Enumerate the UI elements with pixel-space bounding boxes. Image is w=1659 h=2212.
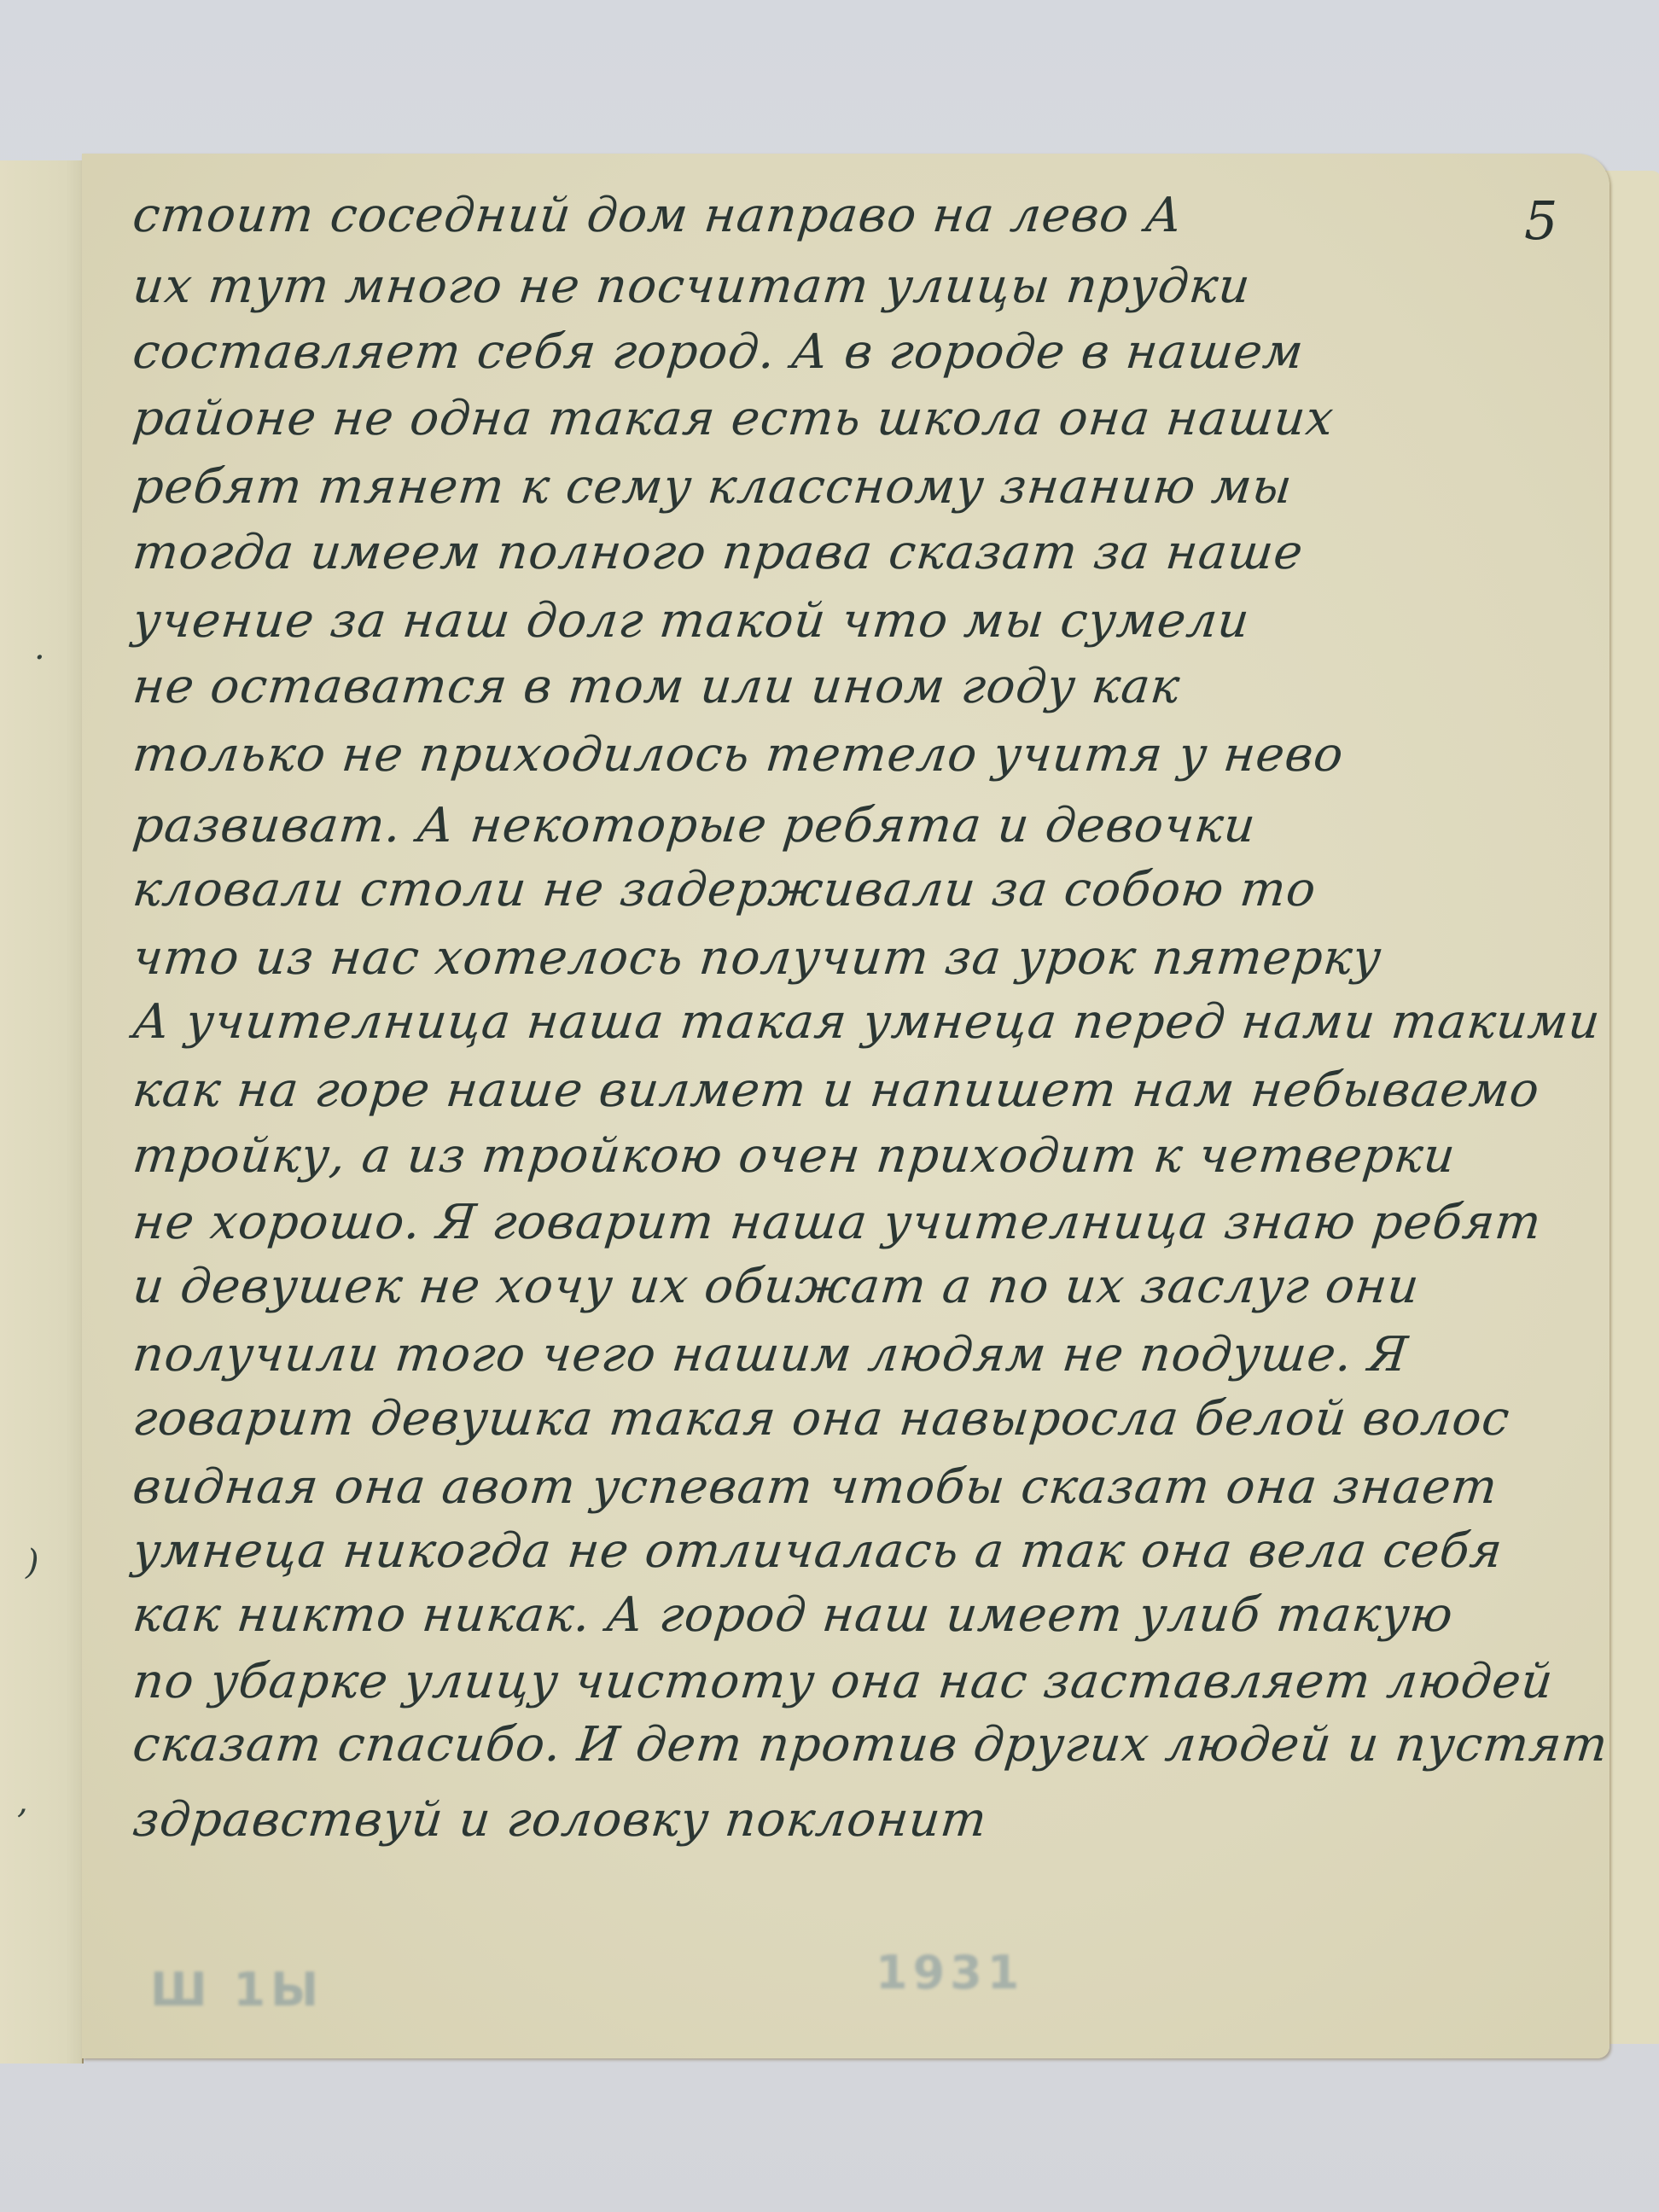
text-line: только не приходилось тетело учитя у нев… bbox=[131, 727, 1347, 783]
text-line: говарит девушка такая она навыросла бело… bbox=[131, 1391, 1513, 1447]
text-line: не хорошо. Я говарит наша учителница зна… bbox=[131, 1195, 1545, 1250]
text-line: сказат спасибо. И дет против других люде… bbox=[131, 1717, 1611, 1773]
ink-mark: , bbox=[17, 1782, 28, 1821]
text-line: как на горе наше вилмет и напишет нам не… bbox=[131, 1062, 1543, 1118]
text-line: что из нас хотелось получит за урок пяте… bbox=[131, 930, 1385, 986]
text-line: тройку, а из тройкою очен приходит к чет… bbox=[131, 1128, 1458, 1184]
text-line: А учителница наша такая умнеца перед нам… bbox=[131, 994, 1604, 1050]
text-line: районе не одна такая есть школа она наши… bbox=[131, 391, 1337, 446]
faded-stamp: Ш 1Ы bbox=[150, 1963, 323, 2017]
text-line: как никто никак. А город наш имеет улиб … bbox=[131, 1587, 1457, 1643]
previous-page-strip: · ) , bbox=[0, 160, 84, 2064]
text-line: по убарке улицу чистоту она нас заставля… bbox=[131, 1654, 1557, 1709]
ink-mark: ) bbox=[26, 1543, 39, 1582]
text-line: и девушек не хочу их обижат а по их засл… bbox=[131, 1259, 1423, 1314]
text-line: их тут много не посчитат улицы прудки bbox=[131, 259, 1254, 314]
faded-stamp: 1931 bbox=[876, 1946, 1024, 2000]
page-number: 5 bbox=[1524, 189, 1557, 252]
text-line: развиват. А некоторые ребята и девочки bbox=[131, 798, 1259, 853]
text-line: кловали столи не задерживали за собою то bbox=[131, 862, 1319, 917]
notebook-page: 5 стоит соседний дом направо на лево А и… bbox=[82, 154, 1610, 2058]
text-line: ребят тянет к сему классному знанию мы bbox=[131, 459, 1295, 515]
text-line: стоит соседний дом направо на лево А bbox=[131, 188, 1185, 243]
text-line: учение за наш долг такой что мы сумели bbox=[131, 593, 1253, 649]
ink-mark: · bbox=[34, 638, 45, 678]
text-line: получили того чего нашим людям не подуше… bbox=[131, 1327, 1412, 1382]
text-line: видная она авот успеват чтобы сказат она… bbox=[131, 1459, 1501, 1515]
text-line: составляет себя город. А в городе в наше… bbox=[131, 324, 1307, 380]
next-page-edge bbox=[1604, 171, 1659, 2044]
text-line: не оставатся в том или ином году как bbox=[131, 659, 1184, 714]
text-line: тогда имеем полного права сказат за наше bbox=[131, 525, 1307, 580]
text-line: здравствуй и головку поклонит bbox=[131, 1792, 990, 1848]
text-line: умнеца никогда не отличалась а так она в… bbox=[131, 1523, 1505, 1579]
